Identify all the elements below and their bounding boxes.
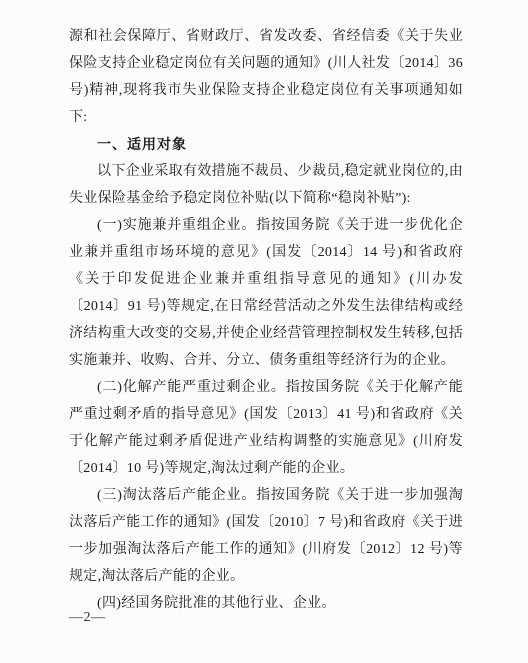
document-page: 源和社会保障厅、省财政厅、省发改委、省经信委《关于失业保险支持企业稳定岗位有关问…: [0, 0, 528, 663]
document-body: 源和社会保障厅、省财政厅、省发改委、省经信委《关于失业保险支持企业稳定岗位有关问…: [69, 23, 463, 617]
paragraph: (一)实施兼并重组企业。指按国务院《关于进一步优化企业兼并重组市场环境的意见》(…: [69, 212, 463, 374]
paragraph: (二)化解产能严重过剩企业。指按国务院《关于化解产能严重过剩矛盾的指导意见》(国…: [69, 374, 463, 482]
section-heading: 一、适用对象: [69, 131, 463, 158]
page-number: —2—: [69, 608, 106, 628]
paragraph: 以下企业采取有效措施不裁员、少裁员,稳定就业岗位的,由失业保险基金给予稳定岗位补…: [69, 158, 463, 212]
paragraph: 源和社会保障厅、省财政厅、省发改委、省经信委《关于失业保险支持企业稳定岗位有关问…: [69, 23, 463, 131]
paragraph: (三)淘汰落后产能企业。指按国务院《关于进一步加强淘汰落后产能工作的通知》(国发…: [69, 482, 463, 590]
paragraph: (四)经国务院批准的其他行业、企业。: [69, 590, 463, 617]
